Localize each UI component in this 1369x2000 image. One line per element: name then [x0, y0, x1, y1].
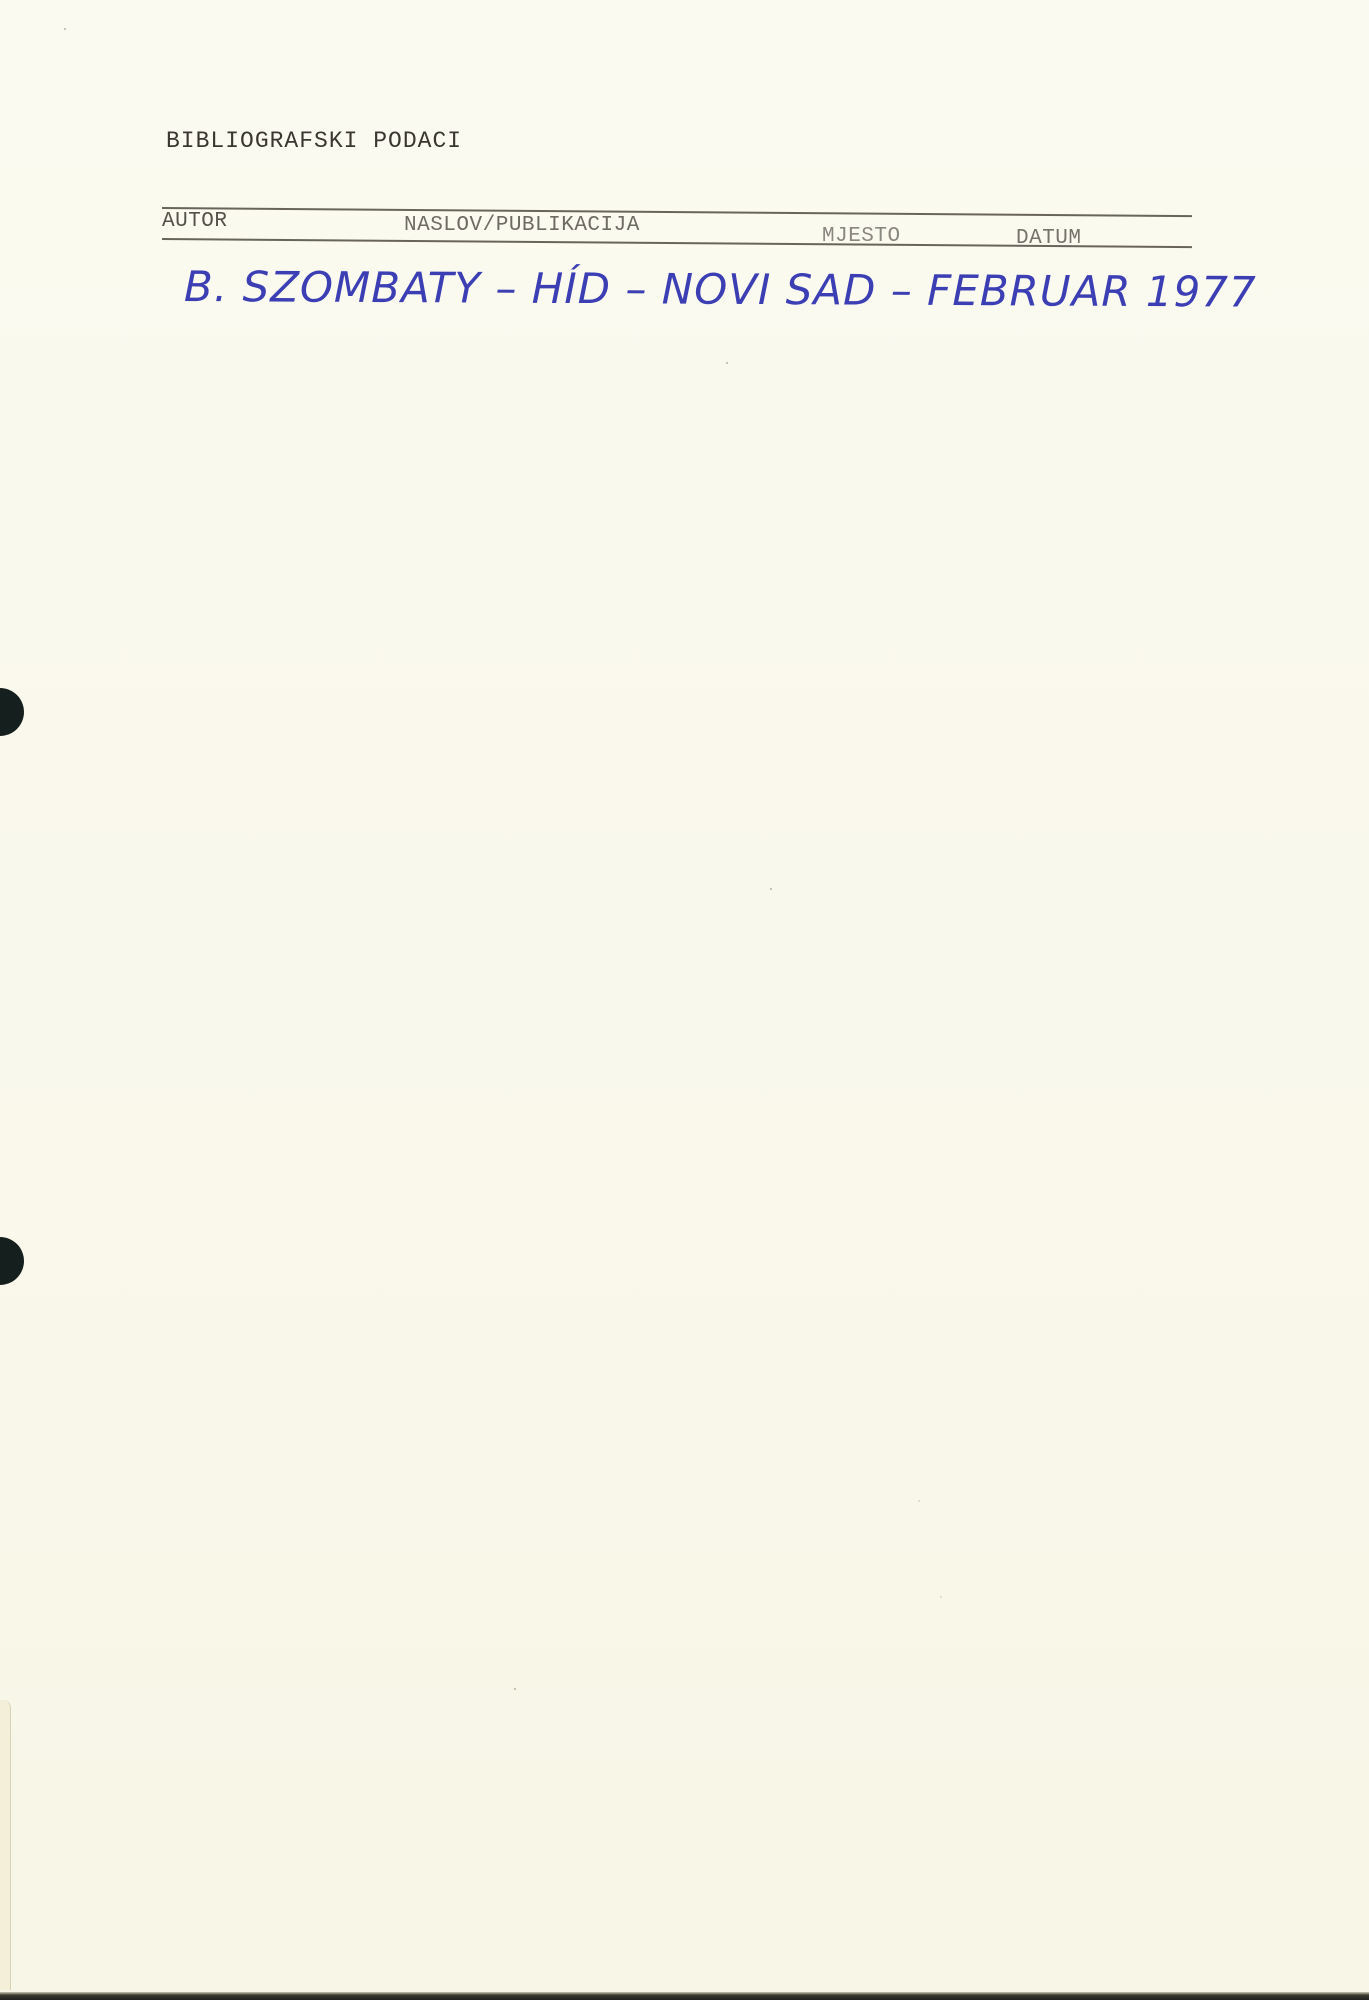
paper-speck	[726, 362, 728, 364]
column-label-datum: DATUM	[1016, 227, 1082, 250]
scanned-page: BIBLIOGRAFSKI PODACI AUTOR NASLOV/PUBLIK…	[0, 0, 1369, 1992]
paper-speck	[514, 1688, 516, 1690]
punch-hole	[0, 1237, 24, 1285]
scan-bottom-edge	[0, 1992, 1369, 2000]
document-title: BIBLIOGRAFSKI PODACI	[166, 128, 462, 154]
paper-speck	[918, 1500, 920, 1502]
column-label-naslov-publikacija: NASLOV/PUBLIKACIJA	[404, 214, 640, 237]
column-label-mjesto: MJESTO	[822, 225, 901, 248]
punch-hole	[0, 688, 24, 736]
paper-speck	[770, 888, 772, 890]
column-label-autor: AUTOR	[162, 210, 228, 233]
header-rule-top	[162, 207, 1192, 217]
handwritten-entry: B. SZOMBATY – HÍD – NOVI SAD – FEBRUAR 1…	[184, 262, 1257, 317]
paper-speck	[64, 28, 66, 30]
page-fold-edge	[0, 1700, 11, 1990]
paper-speck	[940, 1596, 942, 1598]
